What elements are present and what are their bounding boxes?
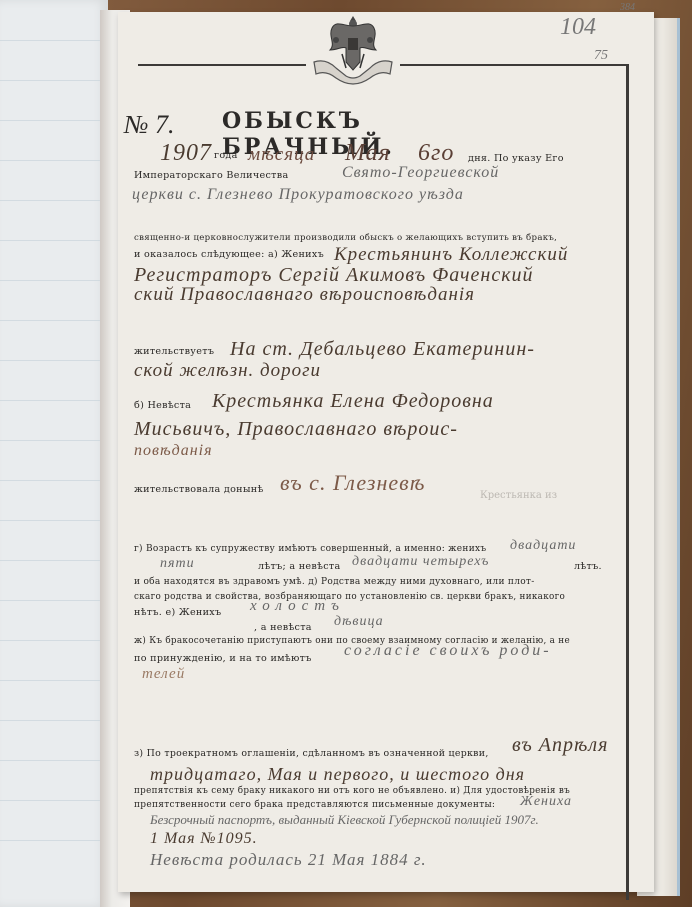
label-imperatorskago: Императорскаго Величества	[134, 170, 288, 181]
groom-religion-handwritten: ский Православнаго вѣроисповѣданiя	[134, 284, 475, 306]
label-let-nevesta: лѣтъ; а невѣста	[258, 561, 341, 572]
groom-age-cont-handwritten: пяти	[160, 556, 195, 572]
frame-border-right	[626, 64, 629, 900]
parental-consent-cont-handwritten: телей	[142, 666, 185, 683]
label-dnya-po-ukazu: дня. По указу Его	[468, 153, 564, 164]
pencil-folio-number: 104	[560, 14, 596, 41]
ruled-line	[0, 320, 108, 321]
ruled-line	[0, 160, 108, 161]
groom-residence-cont-handwritten: ской желѣзн. дороги	[134, 360, 321, 382]
groom-marital-status-handwritten: холостъ	[250, 598, 345, 615]
bride-surname-handwritten: Мисьвичъ, Православнаго вѣроис-	[134, 418, 458, 441]
bride-religion-cont-handwritten: повѣданiя	[134, 442, 213, 460]
label-po-prinuzhdeniyu: по принужденiю, и на то имѣютъ	[134, 653, 312, 664]
ruled-line	[0, 720, 108, 721]
label-a-nevesta: , а невѣста	[254, 622, 312, 633]
bleed-through-text: Крестьянка из	[480, 490, 557, 501]
label-let: лѣтъ.	[574, 561, 602, 572]
label-troekratnom: з) По троекратномъ оглашенiи, сдѣланномъ…	[134, 748, 489, 759]
ruled-line	[0, 120, 108, 121]
banns-month-handwritten: въ Апрѣля	[512, 734, 608, 757]
label-zhitelstvuet: жительствуетъ	[134, 346, 214, 357]
ruled-line	[0, 400, 108, 401]
label-net-zhenikh: нѣтъ. е) Женихъ	[134, 607, 221, 618]
label-vozrast: г) Возрастъ къ супружеству имѣютъ соверш…	[134, 544, 486, 554]
bride-residence-handwritten: въ с. Глезневѣ	[280, 470, 425, 496]
bride-age-handwritten: двадцати четырехъ	[352, 554, 489, 570]
passport-date-number-handwritten: 1 Мая №1095.	[150, 830, 258, 848]
ruled-line	[0, 240, 108, 241]
month-handwritten: Мая	[345, 140, 391, 167]
entry-number: № 7.	[124, 110, 175, 140]
ruled-line	[0, 280, 108, 281]
bride-name-handwritten: Крестьянка Елена Федоровна	[212, 390, 494, 413]
ruled-line	[0, 40, 108, 41]
church-name-handwritten: Свято-Георгиевской	[342, 164, 499, 182]
day-handwritten: 6го	[418, 140, 454, 167]
ruled-line	[0, 480, 108, 481]
ruled-line	[0, 440, 108, 441]
label-pismennye-dokumenty: препятственности сего брака представляют…	[134, 800, 495, 810]
passport-details-handwritten: Безсрочный паспортъ, выданный Кiевской Г…	[150, 812, 539, 828]
ruled-line	[0, 800, 108, 801]
groom-status-handwritten: Крестьянинъ Коллежский	[334, 244, 568, 266]
pencil-small-number: 75	[594, 48, 608, 64]
ruled-line	[0, 680, 108, 681]
ruled-line	[0, 840, 108, 841]
banns-dates-handwritten: тридцатаго, Мая и первого, и шестого дня	[150, 764, 525, 785]
ruled-line	[0, 360, 108, 361]
label-prepyatstviya: препятствiя къ сему браку никакого ни от…	[134, 786, 570, 796]
ruled-line	[0, 520, 108, 521]
ruled-line	[0, 640, 108, 641]
ruled-line	[0, 760, 108, 761]
ruled-line	[0, 80, 108, 81]
groom-residence-handwritten: На ст. Дебальцево Екатеринин-	[230, 338, 535, 361]
pencil-corner-mark: 384	[620, 2, 635, 13]
label-zhenikh-a: и оказалось слѣдующее: а) Женихъ	[134, 249, 324, 260]
ruled-line	[0, 200, 108, 201]
double-headed-eagle-emblem	[306, 10, 400, 100]
parental-consent-handwritten: согласiе своихъ роди-	[344, 642, 552, 660]
label-oba-nakhodyatsya: и оба находятся въ здравомъ умѣ. д) Родс…	[134, 577, 535, 587]
label-goda: года	[214, 150, 238, 161]
label-plotskago-rodstva: скаго родства и свойства, возбраняющаго …	[134, 592, 565, 602]
ruled-line	[0, 560, 108, 561]
year-handwritten: 1907	[160, 140, 212, 167]
left-page-blank	[0, 0, 108, 907]
label-month: мѣсяца	[248, 144, 315, 166]
ruled-line	[0, 600, 108, 601]
bride-birthdate-handwritten: Невѣста родилась 21 Мая 1884 г.	[150, 850, 427, 870]
church-location-handwritten: церкви с. Глезнево Прокуратовского уѣзда	[132, 186, 464, 204]
bride-marital-status-handwritten: дѣвица	[334, 614, 384, 630]
groom-age-handwritten: двадцати	[510, 538, 576, 554]
label-zhitelstvovala: жительствовала донынѣ	[134, 484, 264, 495]
label-nevesta-b: б) Невѣста	[134, 400, 191, 411]
documents-groom-handwritten: Жениха	[520, 794, 572, 810]
label-svyashchenno: священно-и церковнослужители производили…	[134, 233, 557, 243]
